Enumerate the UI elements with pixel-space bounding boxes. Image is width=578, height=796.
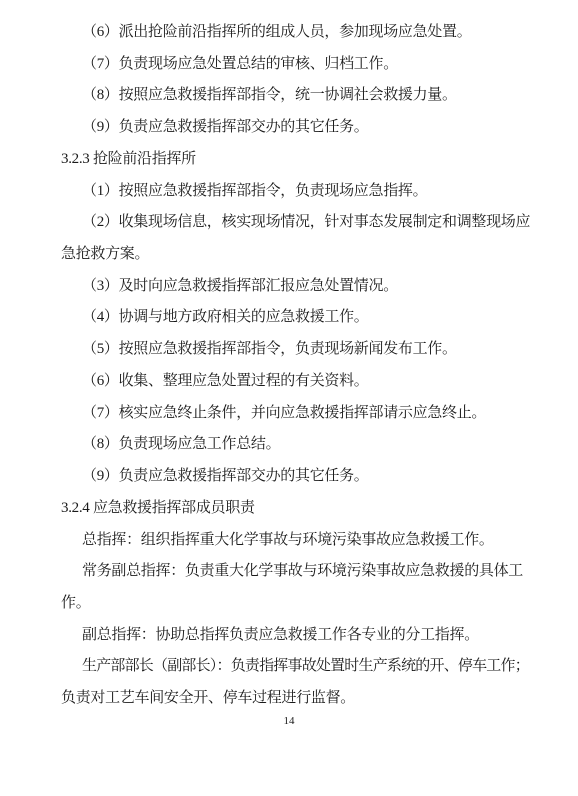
paragraph-line: （5）按照应急救援指挥部指令，负责现场新闻发布工作。 bbox=[61, 334, 531, 366]
section-heading-3-2-3: 3.2.3 抢险前沿指挥所 bbox=[61, 144, 531, 176]
document-page: （6）派出抢险前沿指挥所的组成人员，参加现场应急处置。 （7）负责现场应急处置总… bbox=[0, 0, 578, 796]
paragraph-line-wrap: 负责对工艺车间安全开、停车过程进行监督。 bbox=[61, 683, 531, 715]
paragraph-line: （2）收集现场信息，核实现场情况，针对事态发展制定和调整现场应 bbox=[61, 207, 531, 239]
page-content: （6）派出抢险前沿指挥所的组成人员，参加现场应急处置。 （7）负责现场应急处置总… bbox=[61, 17, 531, 715]
paragraph-line: （7）负责现场应急处置总结的审核、归档工作。 bbox=[61, 49, 531, 81]
paragraph-line: （8）按照应急救援指挥部指令，统一协调社会救援力量。 bbox=[61, 80, 531, 112]
paragraph-line: （9）负责应急救援指挥部交办的其它任务。 bbox=[61, 461, 531, 493]
paragraph-line: 总指挥：组织指挥重大化学事故与环境污染事故应急救援工作。 bbox=[61, 525, 531, 557]
section-heading-3-2-4: 3.2.4 应急救援指挥部成员职责 bbox=[61, 493, 531, 525]
paragraph-line: （6）派出抢险前沿指挥所的组成人员，参加现场应急处置。 bbox=[61, 17, 531, 49]
paragraph-line: （9）负责应急救援指挥部交办的其它任务。 bbox=[61, 112, 531, 144]
paragraph-line: 生产部部长（副部长）：负责指挥事故处置时生产系统的开、停车工作； bbox=[61, 651, 531, 683]
paragraph-line: （6）收集、整理应急处置过程的有关资料。 bbox=[61, 366, 531, 398]
paragraph-line-wrap: 作。 bbox=[61, 588, 531, 620]
paragraph-line: 副总指挥：协助总指挥负责应急救援工作各专业的分工指挥。 bbox=[61, 620, 531, 652]
paragraph-line: 常务副总指挥：负责重大化学事故与环境污染事故应急救援的具体工 bbox=[61, 556, 531, 588]
paragraph-line-wrap: 急抢救方案。 bbox=[61, 239, 531, 271]
paragraph-line: （4）协调与地方政府相关的应急救援工作。 bbox=[61, 302, 531, 334]
paragraph-line: （1）按照应急救援指挥部指令，负责现场应急指挥。 bbox=[61, 176, 531, 208]
paragraph-line: （7）核实应急终止条件，并向应急救援指挥部请示应急终止。 bbox=[61, 398, 531, 430]
paragraph-line: （8）负责现场应急工作总结。 bbox=[61, 429, 531, 461]
paragraph-line: （3）及时向应急救援指挥部汇报应急处置情况。 bbox=[61, 271, 531, 303]
page-number: 14 bbox=[0, 713, 578, 729]
